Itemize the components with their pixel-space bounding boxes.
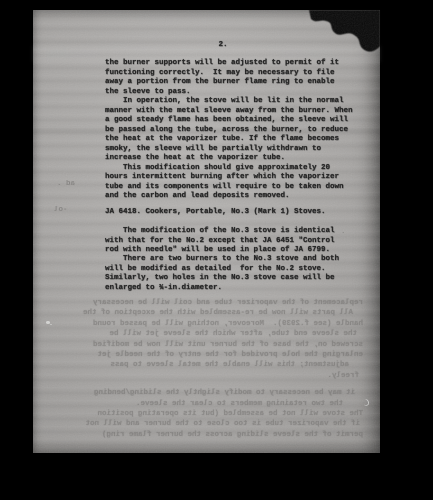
text-line: functioning correctly. It may be necessa… [105,69,353,79]
text-line: be passed along the tube, across the bur… [105,126,353,136]
text-line: hours intermittent burning after which t… [105,173,353,183]
text-line: it may be necessary to modify slightly t… [51,388,363,398]
text-line: enlarging the hole provided for the entr… [51,350,363,360]
text-line: away a portion from the burner flame rin… [105,78,353,88]
scanned-document-canvas: 2. the burner supports will be adjusted … [0,0,433,500]
text-line: All parts will now be re-assembled with … [51,308,363,318]
text-line: This modification should give approximat… [105,164,353,174]
bleedthrough-fragment: ad . [57,180,75,188]
text-line: the burner supports will be adjusted to … [105,59,353,69]
paper-speck [46,321,50,324]
text-line: enlarged to ¾-in.diameter. [105,284,339,294]
text-line: The modification of the No.3 stove is id… [105,227,335,237]
text-line: freely. [51,371,363,381]
text-line: a good steady flame has been obtained, t… [105,116,353,126]
bleedthrough-fragment: . . . [323,228,346,236]
text-line: the sleeve end tube, after which the sle… [51,329,363,339]
text-line: replacement of the vaporizer tube and co… [51,298,363,308]
text-line: and the carbon and lead deposits removed… [105,192,353,202]
text-line: the sleeve to pass. [105,88,353,98]
text-line: In operation, the stove will be lit in t… [105,97,353,107]
scratch-mark [362,398,370,407]
text-line: The stove will not be assembled (but its… [51,409,363,419]
text-line: manner with the metal sleeve away from t… [105,107,353,117]
text-line: adjustment; this will enable the metal s… [51,360,363,370]
text-line: Similarly, two holes in the No.3 stove c… [105,274,339,284]
text-line: if the vaporizer tube is too close to th… [51,419,363,429]
bleedthrough-fragment: -ol [54,206,68,214]
text-line: tube and its components will require to … [105,183,353,193]
bleedthrough-text: replacement of the vaporizer tube and co… [51,298,363,440]
text-line: the two retaining members to clear the s… [51,399,363,409]
text-line: increase the heat at the vaporizer tube. [105,154,353,164]
text-line: There are two burners to the No.3 stove … [105,255,339,265]
body-text-block-1: the burner supports will be adjusted to … [105,59,353,202]
text-line: the heat at the vaporizer tube. If the f… [105,135,353,145]
text-line: with that for the No.2 except that JA 64… [105,237,335,247]
text-line: handle (see f.2939). Moreover, nothing w… [51,319,363,329]
text-line: permit of the sleeve sliding across the … [51,430,363,440]
body-text-block-3: There are two burners to the No.3 stove … [105,255,339,293]
scan-page: 2. the burner supports will be adjusted … [33,10,380,453]
ink-blot [283,10,380,58]
text-line: will be modified as detailed for the No.… [105,265,339,275]
text-line: smoky, the sleeve will be partially with… [105,145,353,155]
text-line: screwed on, the base of the burner unit … [51,340,363,350]
section-heading: JA 6418. Cookers, Portable, No.3 (Mark 1… [105,208,326,218]
body-text-block-2: The modification of the No.3 stove is id… [105,227,335,256]
